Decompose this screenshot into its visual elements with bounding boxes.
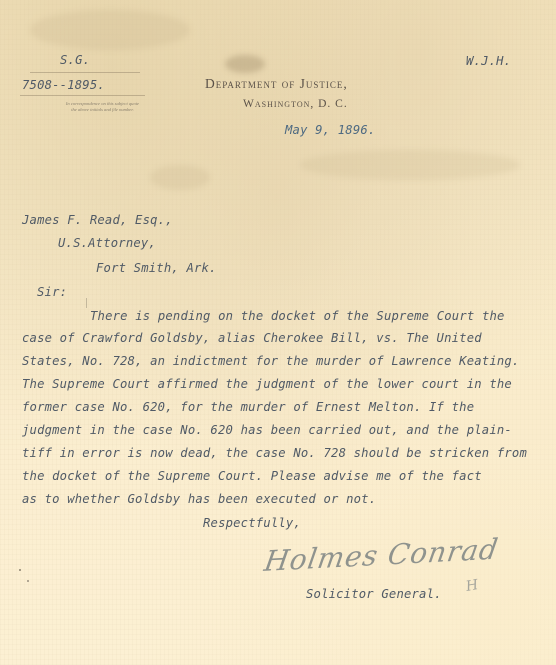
addressee-name: James F. Read, Esq.,: [22, 213, 173, 227]
addressee-city: Fort Smith, Ark.: [96, 261, 217, 275]
body-line: former case No. 620, for the murder of E…: [22, 400, 474, 414]
margin-initial-mark: H: [465, 577, 480, 595]
pencil-mark: [86, 298, 87, 308]
department-heading: Department of Justice,: [205, 76, 348, 92]
paper-speck: [27, 580, 29, 582]
body-line: There is pending on the docket of the Su…: [90, 309, 505, 323]
handwritten-signature: Holmes Conrad: [262, 532, 501, 578]
signer-title: Solicitor General.: [306, 587, 442, 601]
body-line: as to whether Goldsby has been executed …: [22, 492, 376, 506]
right-initials: W.J.H.: [466, 54, 511, 68]
file-reference-note: In correspondence on this subject quote …: [40, 101, 165, 113]
paper-stain: [225, 55, 265, 73]
location-heading: Washington, D. C.: [243, 98, 348, 110]
body-line: case of Crawford Goldsby, alias Cherokee…: [22, 331, 482, 345]
salutation: Sir:: [37, 285, 67, 299]
left-initials: S.G.: [60, 53, 90, 67]
body-line: judgment in the case No. 620 has been ca…: [22, 423, 512, 437]
paper-stain: [150, 165, 210, 190]
closing: Respectfully,: [203, 516, 301, 530]
body-line: The Supreme Court affirmed the judgment …: [22, 377, 512, 391]
paper-stain: [30, 10, 190, 50]
file-number-rule: [20, 95, 145, 96]
addressee-title: U.S.Attorney,: [58, 236, 156, 250]
body-line: tiff in error is now dead, the case No. …: [22, 446, 527, 460]
body-line: States, No. 728, an indictment for the m…: [22, 354, 519, 368]
initials-rule: [30, 72, 140, 73]
paper-stain: [300, 150, 520, 180]
body-line: the docket of the Supreme Court. Please …: [22, 469, 482, 483]
letter-page: S.G. 7508--1895. In correspondence on th…: [0, 0, 556, 665]
file-number: 7508--1895.: [22, 78, 105, 92]
letter-date: May 9, 1896.: [285, 123, 375, 137]
file-reference-note-line2: the above initials and file number.: [40, 107, 165, 113]
paper-speck: [19, 569, 21, 571]
